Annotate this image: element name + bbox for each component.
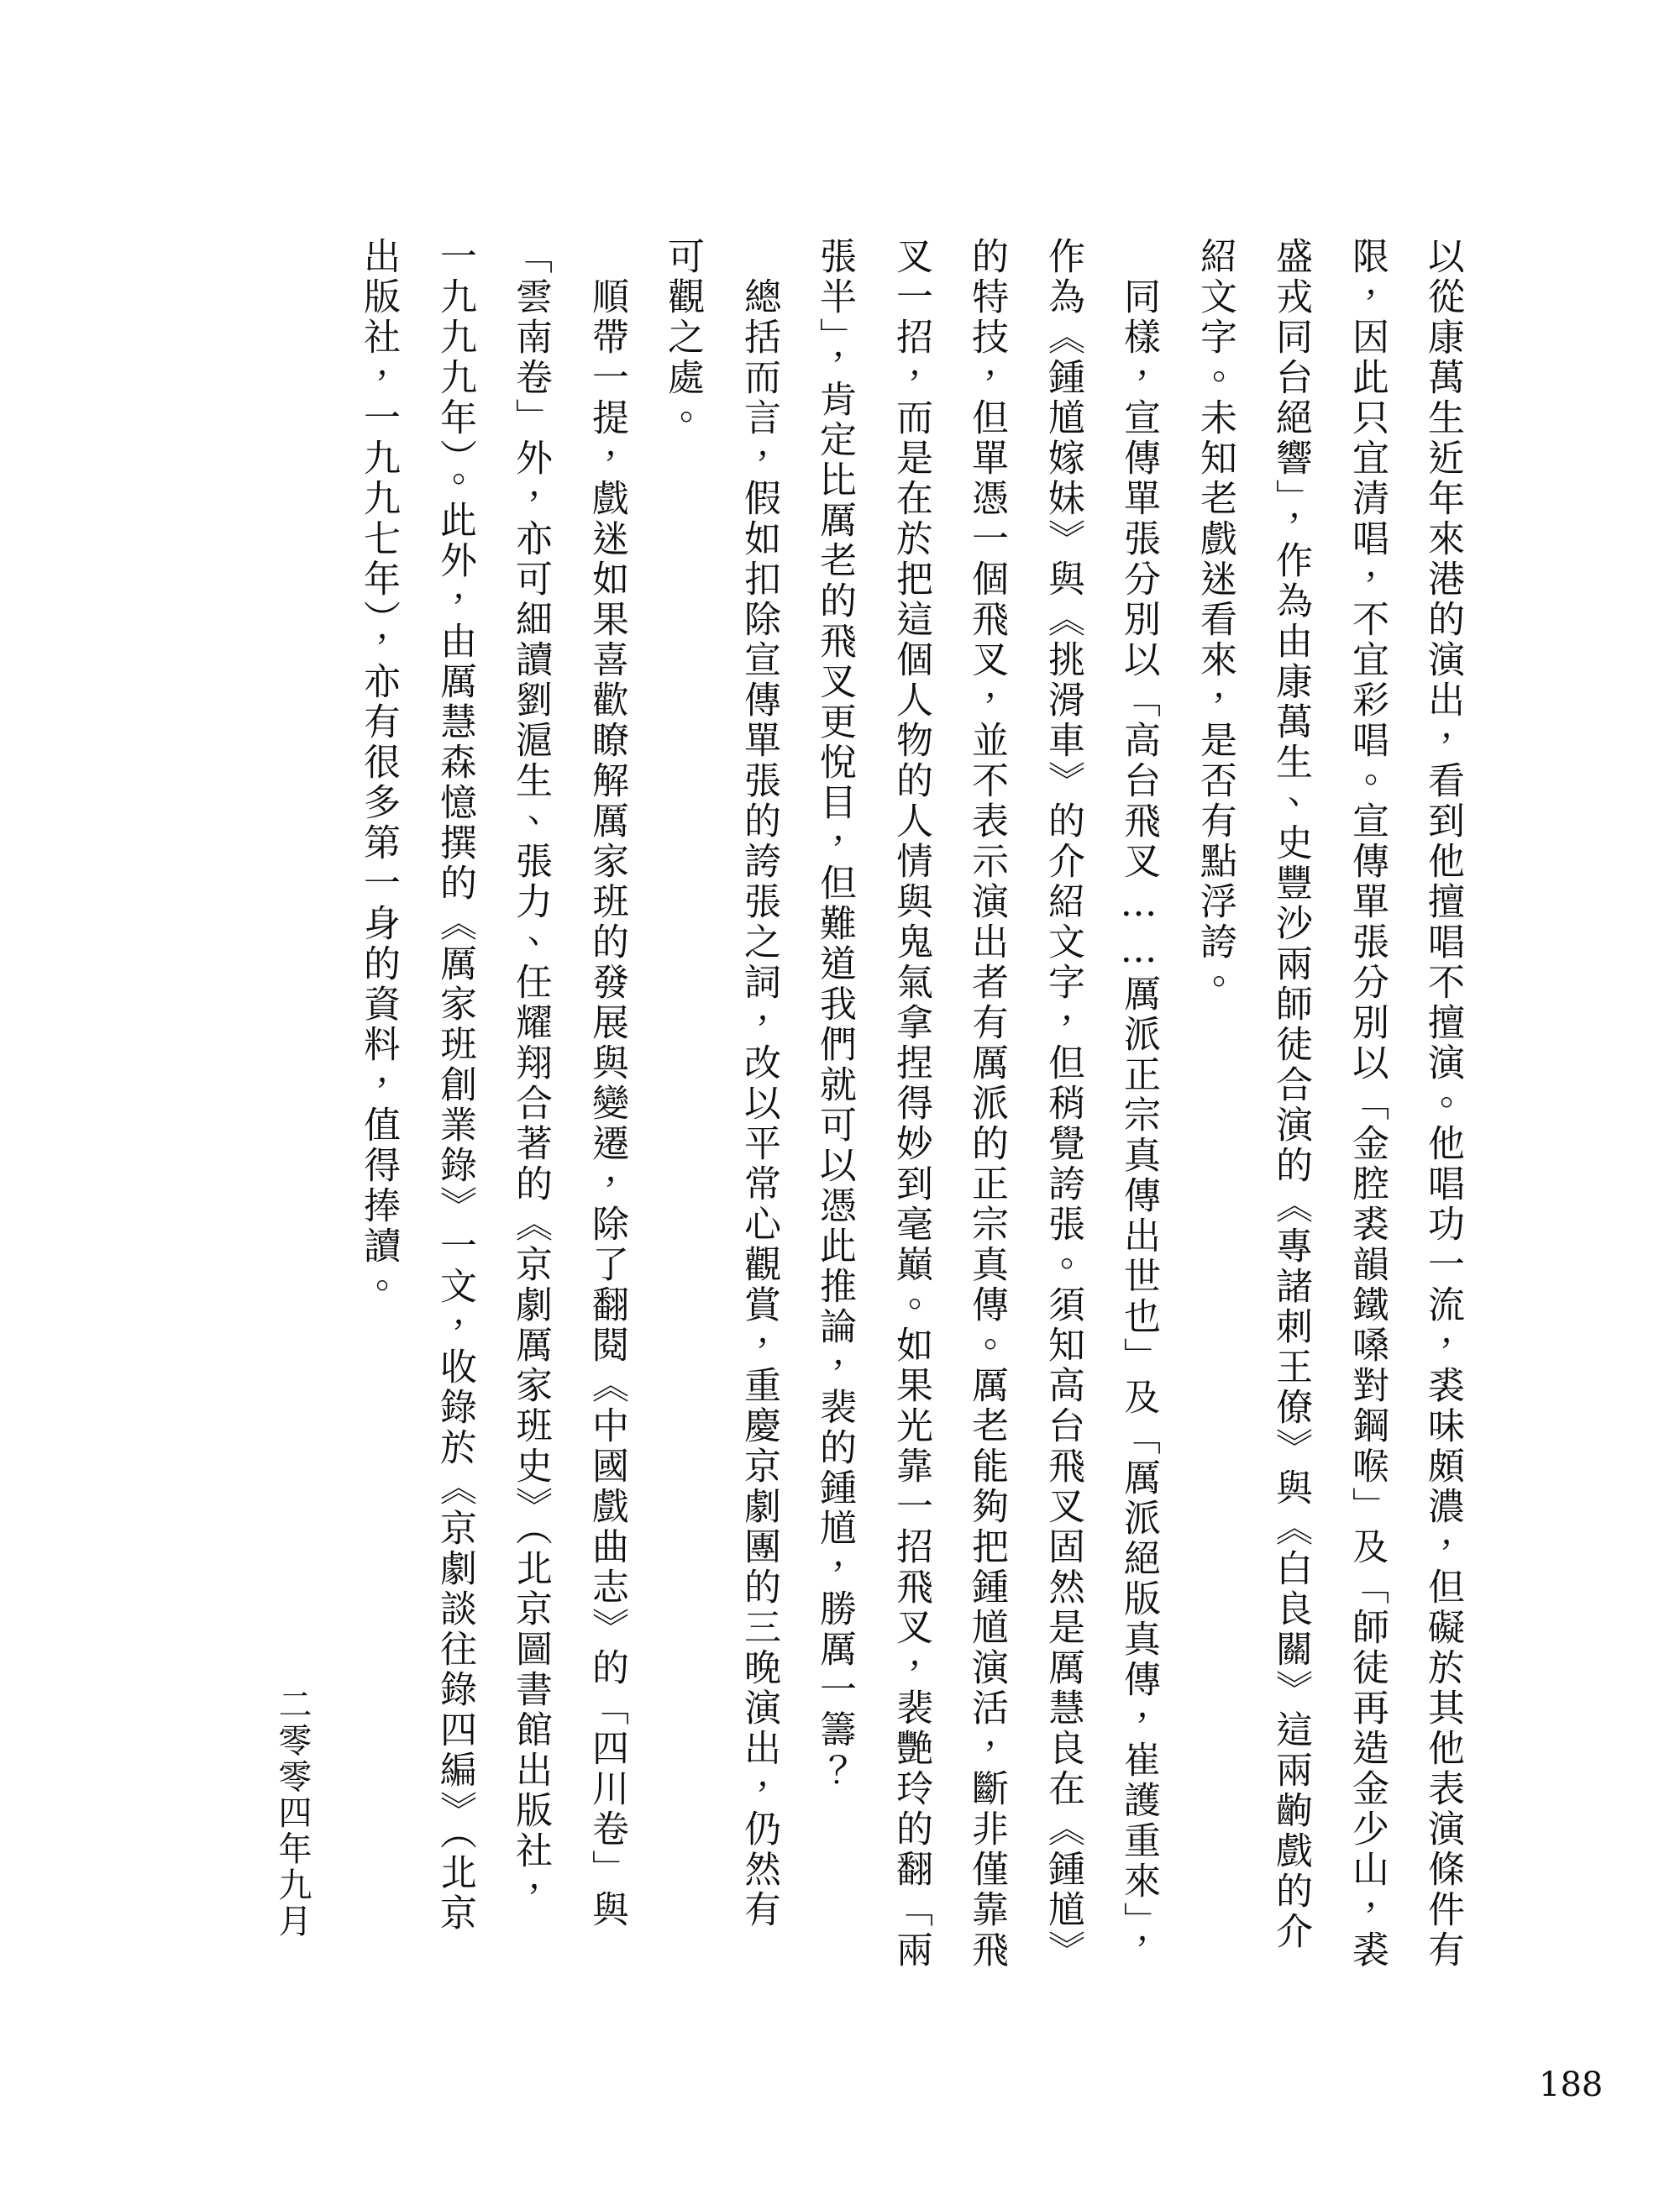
text-column-13: 「雲南卷」外，亦可細讀劉滬生、張力、任耀翔合著的《京劇厲家班史》（北京圖書館出版… — [512, 237, 549, 1992]
text-column-4: 紹文字。未知老戲迷看來，是否有點浮誇。 — [1196, 237, 1233, 1992]
text-column-7: 的特技，但單憑一個飛叉，並不表示演出者有厲派的正宗真傳。厲老能夠把鍾馗演活，斷非… — [968, 237, 1005, 1992]
text-column-12: 順帶一提，戲迷如果喜歡瞭解厲家班的發展與變遷，除了翻閱《中國戲曲志》的「四川卷」… — [588, 237, 625, 1992]
text-column-2: 限，因此只宜清唱，不宜彩唱。宣傳單張分別以「金腔裘韻鐵嗓對鋼喉」及「師徒再造金少… — [1348, 237, 1385, 1992]
page-number: 188 — [1539, 2068, 1603, 2102]
text-column-3: 盛戎同台絕響」，作為由康萬生、史豐沙兩師徒合演的《專諸刺王僚》與《白良關》這兩齣… — [1272, 237, 1309, 1992]
signature-date-column: 二零零四年九月 — [272, 1687, 309, 1964]
text-column-1: 以從康萬生近年來港的演出，看到他擅唱不擅演。他唱功一流，裘味頗濃，但礙於其他表演… — [1424, 237, 1461, 1992]
text-column-11: 可觀之處。 — [664, 237, 701, 1992]
text-column-8: 叉一招，而是在於把這個人物的人情與鬼氣拿捏得妙到毫巔。如果光靠一招飛叉，裴艷玲的… — [892, 237, 929, 1992]
text-column-5: 同樣，宣傳單張分別以「高台飛叉……厲派正宗真傳出世也」及「厲派絕版真傳，崔護重來… — [1120, 237, 1157, 1992]
text-column-10: 總括而言，假如扣除宣傳單張的誇張之詞，改以平常心觀賞，重慶京劇團的三晚演出，仍然… — [740, 237, 777, 1992]
text-column-6: 作為《鍾馗嫁妹》與《挑滑車》的介紹文字，但稍覺誇張。須知高台飛叉固然是厲慧良在《… — [1044, 237, 1081, 1992]
page: 以從康萬生近年來港的演出，看到他擅唱不擅演。他唱功一流，裘味頗濃，但礙於其他表演… — [0, 0, 1680, 2205]
text-column-15: 出版社，一九九七年），亦有很多第一身的資料，值得捧讀。 — [360, 237, 396, 1992]
text-column-9: 張半」，肯定比厲老的飛叉更悅目，但難道我們就可以憑此推論，裴的鍾馗，勝厲一籌？ — [816, 237, 853, 1992]
text-column-14: 一九九九年）。此外，由厲慧森憶撰的《厲家班創業錄》一文，收錄於《京劇談往錄四編》… — [436, 237, 473, 1992]
